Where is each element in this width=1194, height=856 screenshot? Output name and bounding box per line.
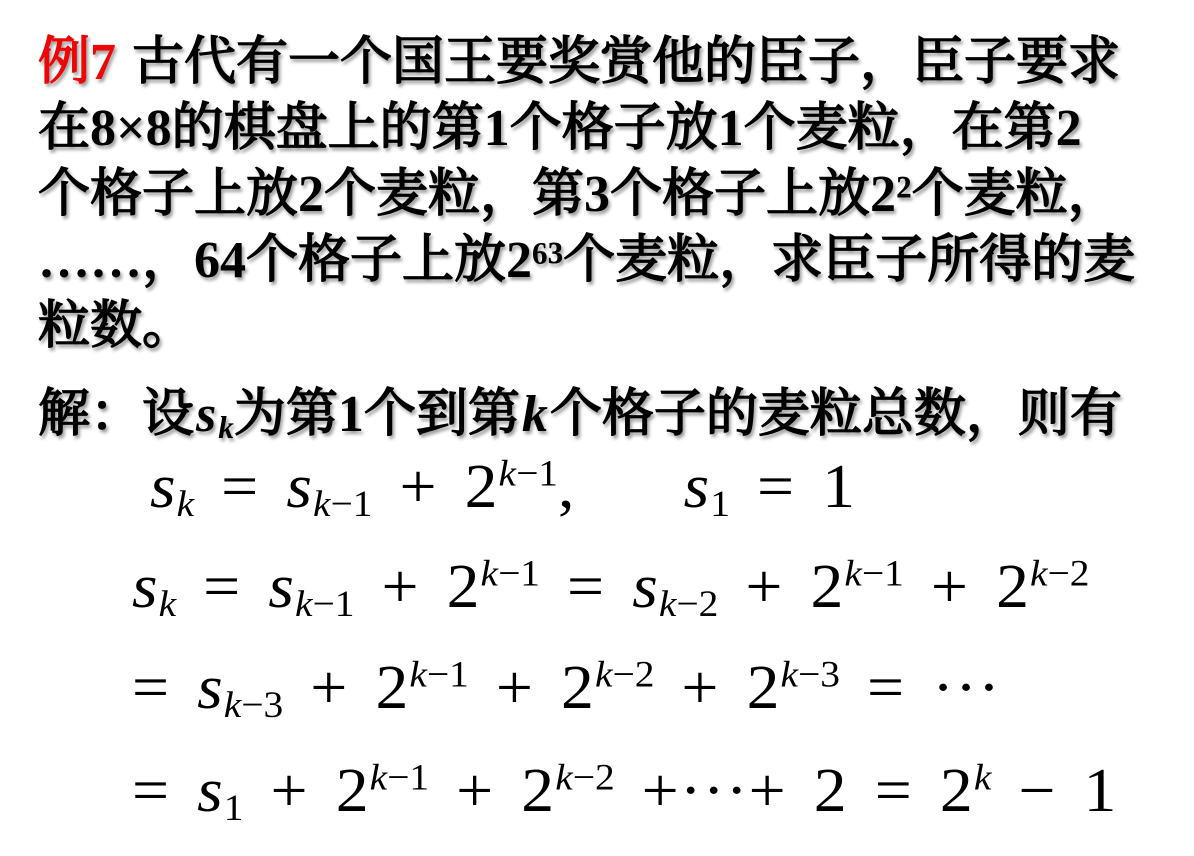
formula-line-2: sk = sk−1 + 2k−1 = sk−2 + 2k−1 + 2k−2 — [132, 547, 1089, 629]
slide-canvas: 例7古代有一个国王要奖赏他的臣子，臣子要求在8×8的棋盘上的第1个格子放1个麦粒… — [0, 0, 1194, 856]
problem-line-2: 在8×8的棋盘上的第1个格子放1个麦粒，在第2 — [38, 96, 1188, 162]
formula-line-3: = sk−3 + 2k−1 + 2k−2 + 2k−3 = ··· — [132, 648, 1001, 730]
problem-statement: 例7古代有一个国王要奖赏他的臣子，臣子要求在8×8的棋盘上的第1个格子放1个麦粒… — [38, 30, 1188, 360]
problem-line-4: ……，64个格子上放2⁶³个麦粒，求臣子所得的麦 — [38, 228, 1188, 294]
problem-line-5: 粒数。 — [38, 294, 1188, 360]
problem-line-3: 个格子上放2个麦粒，第3个格子上放2²个麦粒， — [38, 162, 1188, 228]
example-label: 例7 — [38, 34, 116, 91]
formula-line-4: = s1 + 2k−1 + 2k−2 +···+ 2 = 2k − 1 — [132, 751, 1117, 833]
problem-line-1: 例7古代有一个国王要奖赏他的臣子，臣子要求 — [38, 30, 1188, 96]
formula-line-1: sk = sk−1 + 2k−1, s1 = 1 — [150, 447, 856, 529]
